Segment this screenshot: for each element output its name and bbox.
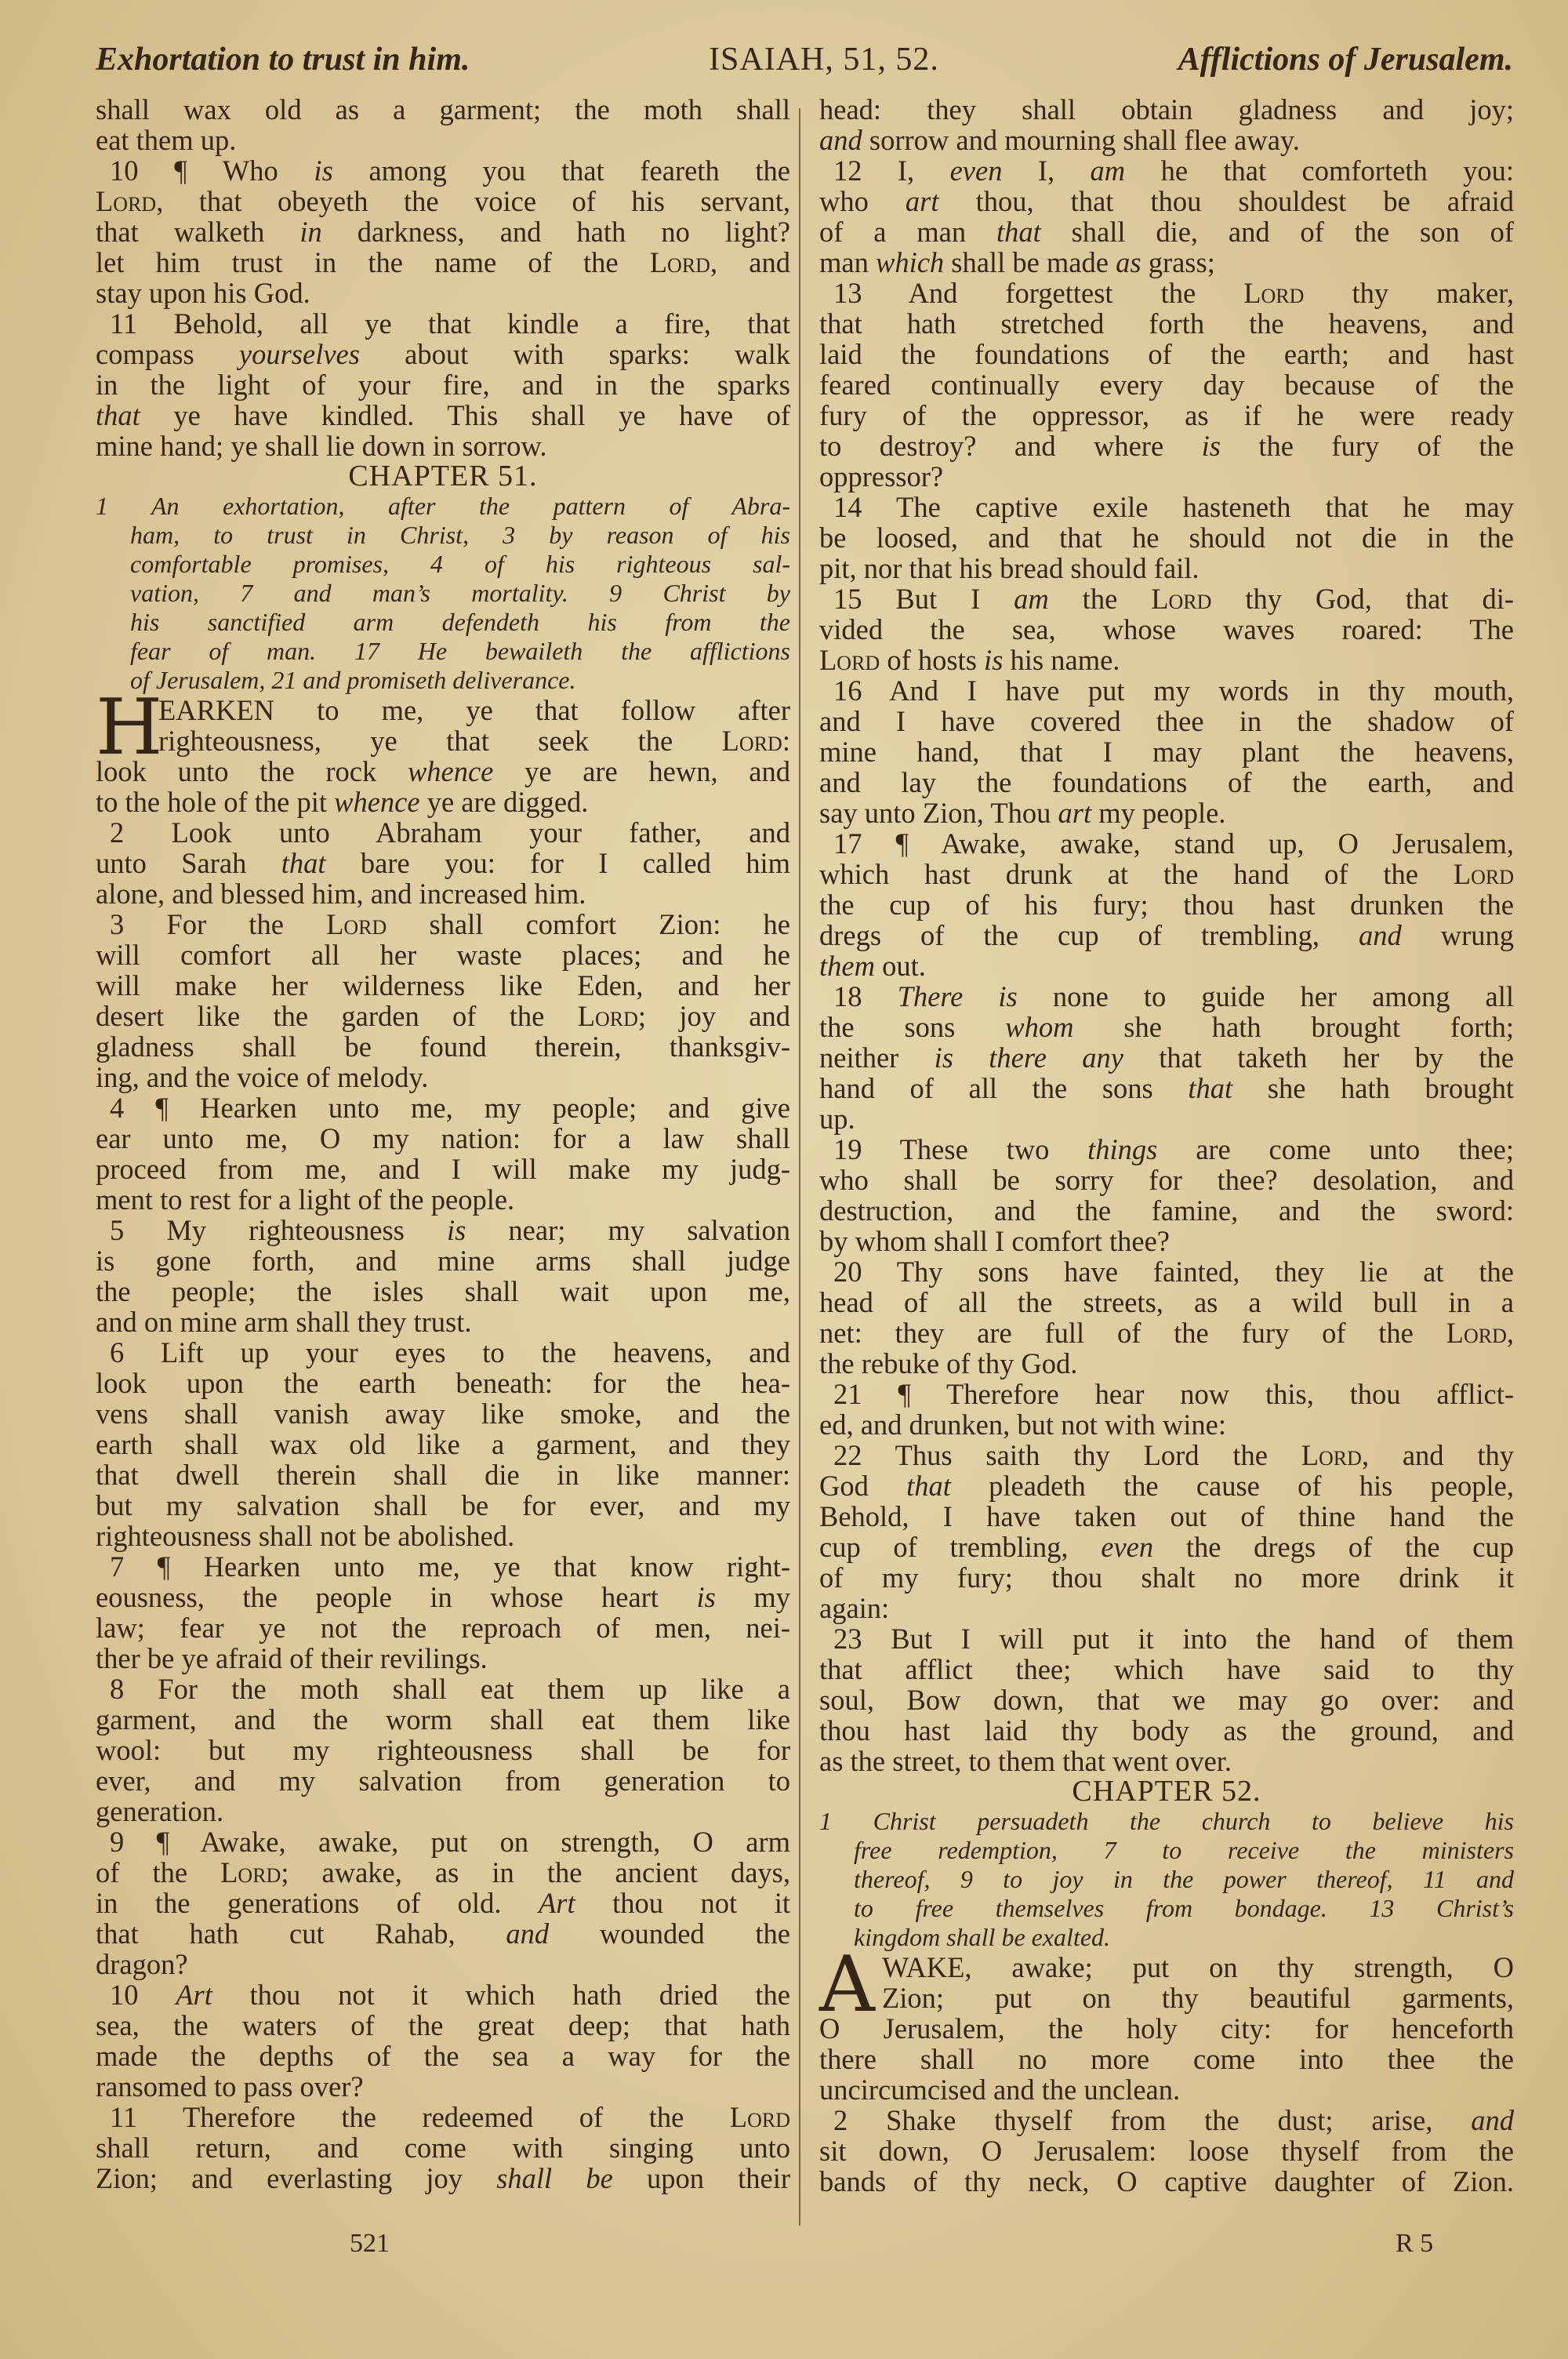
text-line: Lord of hosts is his name. <box>819 645 1514 675</box>
text-run: Christ persuadeth the church to believe … <box>873 1807 1514 1835</box>
italic-text: that <box>281 847 326 879</box>
text-run: shall wax old as a garment; the moth sha… <box>96 93 790 125</box>
verse-start-line: 19 These two things are come unto thee; <box>819 1134 1514 1165</box>
text-line: Behold, I have taken out of thine hand t… <box>819 1501 1514 1532</box>
text-run: 22 Thus saith thy Lord the <box>833 1439 1301 1471</box>
text-run: 10 <box>110 1979 176 2011</box>
text-line: proceed from me, and I will make my judg… <box>96 1154 790 1184</box>
verse-start-line: 16 And I have put my words in thy mouth, <box>819 675 1514 706</box>
text-run: 6 Lift up your eyes to the heavens, and <box>110 1336 790 1369</box>
text-run: of a man <box>819 216 996 248</box>
text-run: and I have covered thee in the shadow of <box>819 705 1514 737</box>
text-run: I, <box>1002 154 1090 187</box>
verse-start-line: 23 But I will put it into the hand of th… <box>819 1623 1514 1654</box>
text-line: look upon the earth beneath: for the hea… <box>96 1368 790 1398</box>
text-run: the people; the isles shall wait upon me… <box>96 1275 790 1307</box>
text-run: made the depths of the sea a way for the <box>96 2040 790 2072</box>
text-run: pit, nor that his bread should fail. <box>819 552 1200 584</box>
small-caps-text: Lord <box>1446 1317 1507 1349</box>
text-line: is gone forth, and mine arms shall judge <box>96 1245 790 1276</box>
text-line: as the street, to them that went over. <box>819 1746 1514 1776</box>
text-line: Lord, that obeyeth the voice of his serv… <box>96 186 790 216</box>
text-line: ransomed to pass over? <box>96 2071 790 2102</box>
text-line: that dwell therein shall die in like man… <box>96 1459 790 1490</box>
text-line: shall return, and come with singing unto <box>96 2132 790 2163</box>
text-line: law; fear ye not the reproach of men, ne… <box>96 1612 790 1643</box>
text-line: will comfort all her waste places; and h… <box>96 940 790 970</box>
text-run: Behold, I have taken out of thine hand t… <box>819 1500 1514 1532</box>
running-head-left: Exhortation to trust in him. <box>96 41 470 78</box>
chapter-summary-line: fear of man. 17 He bewaileth the afflict… <box>96 637 790 666</box>
text-run: 1 <box>96 492 151 520</box>
italic-text: and <box>506 1917 549 1950</box>
left-column: shall wax old as a garment; the moth sha… <box>96 94 790 2194</box>
italic-text: that <box>906 1470 951 1502</box>
text-run: let him trust in the name of the <box>96 246 650 278</box>
text-run: EARKEN to me, ye that follow after <box>158 694 790 726</box>
text-run: look upon the earth beneath: for the hea… <box>96 1367 790 1399</box>
verse-start-line: 14 The captive exile hasteneth that he m… <box>819 492 1514 522</box>
text-line: righteousness, ye that seek the Lord: <box>96 725 790 756</box>
text-run: sea, the waters of the great deep; that … <box>96 2009 790 2041</box>
text-line: the sons whom she hath brought forth; <box>819 1012 1514 1042</box>
italic-text: shall be <box>496 2162 613 2194</box>
italic-text: is <box>447 1214 466 1246</box>
text-run: hand of all the sons <box>819 1072 1188 1104</box>
text-run: ment to rest for a light of the people. <box>96 1183 514 1216</box>
text-line: say unto Zion, Thou art my people. <box>819 798 1514 828</box>
text-run: free redemption, 7 to receive the minist… <box>854 1836 1514 1864</box>
drop-cap-paragraph: HEARKEN to me, ye that follow afterright… <box>96 695 790 756</box>
italic-text: that <box>96 399 140 431</box>
text-run: by whom shall I comfort thee? <box>819 1225 1170 1257</box>
text-run: O Jerusalem, the holy city: for hencefor… <box>819 2012 1514 2045</box>
text-run: 14 The captive exile hasteneth that he m… <box>833 491 1514 523</box>
text-run: thou not it which hath dried the <box>212 1979 790 2011</box>
text-run: are come unto thee; <box>1157 1133 1514 1165</box>
text-run: Zion; and everlasting joy <box>96 2162 496 2194</box>
verse-start-line: 7 ¶ Hearken unto me, ye that know right- <box>96 1551 790 1582</box>
text-line: righteousness shall not be abolished. <box>96 1521 790 1551</box>
italic-text: whence <box>408 755 493 787</box>
text-line: ever, and my salvation from generation t… <box>96 1765 790 1796</box>
italic-text: which <box>876 246 944 278</box>
text-line: feared continually every day because of … <box>819 369 1514 400</box>
text-line: pit, nor that his bread should fail. <box>819 553 1514 583</box>
text-run: WAKE, awake; put on thy strength, O <box>882 1951 1514 1983</box>
chapter-summary-line: vation, 7 and man’s mortality. 9 Christ … <box>96 579 790 608</box>
text-line: soul, Bow down, that we may go over: and <box>819 1685 1514 1715</box>
verse-start-line: 11 Therefore the redeemed of the Lord <box>96 2102 790 2132</box>
text-line: head: they shall obtain gladness and joy… <box>819 94 1514 125</box>
text-run: : <box>782 725 790 757</box>
text-run: 12 I, <box>833 154 950 187</box>
text-run: shall comfort Zion: he <box>387 908 790 940</box>
text-line: ing, and the voice of melody. <box>96 1062 790 1092</box>
text-line: Zion; and everlasting joy shall be upon … <box>96 2163 790 2194</box>
verse-start-line: 6 Lift up your eyes to the heavens, and <box>96 1337 790 1368</box>
text-line: sea, the waters of the great deep; that … <box>96 2010 790 2041</box>
text-run: earth shall wax old like a garment, and … <box>96 1428 790 1460</box>
text-run: 9 ¶ Awake, awake, put on strength, O arm <box>110 1826 790 1858</box>
text-run: the sons <box>819 1011 1005 1043</box>
text-line: thou hast laid thy body as the ground, a… <box>819 1715 1514 1746</box>
text-run: proceed from me, and I will make my judg… <box>96 1153 790 1185</box>
drop-cap-paragraph: AWAKE, awake; put on thy strength, OZion… <box>819 1952 1514 2013</box>
text-run: of Jerusalem, 21 and promiseth deliveran… <box>130 666 575 694</box>
text-run: destruction, and the famine, and the swo… <box>819 1194 1514 1227</box>
text-line: ed, and drunken, but not with wine: <box>819 1409 1514 1440</box>
text-run: , that obeyeth the voice of his servant, <box>156 185 790 217</box>
text-run: wool: but my righteousness shall be for <box>96 1734 790 1766</box>
text-run: fear of man. 17 He bewaileth the afflict… <box>130 637 790 665</box>
text-line: of a man that shall die, and of the son … <box>819 216 1514 247</box>
text-run: dregs of the cup of trembling, <box>819 919 1359 951</box>
text-run: ; joy and <box>638 1000 790 1032</box>
verse-start-line: 12 I, even I, am he that comforteth you: <box>819 155 1514 186</box>
italic-text: is <box>1202 430 1221 462</box>
text-line: O Jerusalem, the holy city: for hencefor… <box>819 2013 1514 2044</box>
text-run: 17 ¶ Awake, awake, stand up, O Jerusalem… <box>833 827 1514 860</box>
text-run: will comfort all her waste places; and h… <box>96 939 790 971</box>
chapter-summary-line: free redemption, 7 to receive the minist… <box>819 1836 1514 1865</box>
text-run: sit down, O Jerusalem: loose thyself fro… <box>819 2135 1514 2167</box>
text-run: but my salvation shall be for ever, and … <box>96 1489 790 1521</box>
text-line: that walketh in darkness, and hath no li… <box>96 216 790 247</box>
text-line: uncircumcised and the unclean. <box>819 2074 1514 2105</box>
text-run: of my fury; thou shalt no more drink it <box>819 1561 1514 1594</box>
chapter-summary-line: 1 Christ persuadeth the church to believ… <box>819 1807 1514 1836</box>
text-run: again: <box>819 1592 889 1624</box>
text-line: and sorrow and mourning shall flee away. <box>819 125 1514 155</box>
verse-start-line: 20 Thy sons have fainted, they lie at th… <box>819 1256 1514 1287</box>
text-line: again: <box>819 1593 1514 1623</box>
text-run: 11 Therefore the redeemed of the <box>110 2101 730 2133</box>
text-run: uncircumcised and the unclean. <box>819 2074 1180 2106</box>
italic-text: as <box>1116 246 1141 278</box>
text-line: ther be ye afraid of their revilings. <box>96 1643 790 1674</box>
italic-text: There is <box>898 980 1018 1012</box>
text-line: ment to rest for a light of the people. <box>96 1184 790 1215</box>
text-run: neither <box>819 1041 935 1074</box>
text-run: 23 But I will put it into the hand of th… <box>833 1623 1514 1655</box>
text-line: compass yourselves about with sparks: wa… <box>96 339 790 369</box>
text-line: that hath stretched forth the heavens, a… <box>819 308 1514 339</box>
italic-text: whom <box>1005 1011 1073 1043</box>
text-run: none to guide her among all <box>1018 980 1514 1012</box>
text-run: 8 For the moth shall eat them up like a <box>110 1673 790 1705</box>
text-run: alone, and blessed him, and increased hi… <box>96 878 586 910</box>
text-run: net: they are full of the fury of the <box>819 1317 1446 1349</box>
chapter-summary-line: of Jerusalem, 21 and promiseth deliveran… <box>96 666 790 695</box>
text-line: sit down, O Jerusalem: loose thyself fro… <box>819 2135 1514 2166</box>
text-line: the people; the isles shall wait upon me… <box>96 1276 790 1307</box>
text-run: eat them up. <box>96 124 236 156</box>
text-line: EARKEN to me, ye that follow after <box>96 695 790 725</box>
italic-text: yourselves <box>239 338 360 370</box>
text-run: 19 These two <box>833 1133 1087 1165</box>
text-run: desert like the garden of the <box>96 1000 578 1032</box>
text-run: the <box>1049 583 1151 615</box>
italic-text: Art <box>539 1887 575 1919</box>
text-run: my <box>716 1581 790 1613</box>
text-run: bare you: for I called him <box>326 847 790 879</box>
text-run: fury of the oppressor, as if he were rea… <box>819 399 1514 431</box>
text-line: God that pleadeth the cause of his peopl… <box>819 1470 1514 1501</box>
italic-text: am <box>1014 583 1049 615</box>
text-line: unto Sarah that bare you: for I called h… <box>96 848 790 878</box>
text-line: mine hand, that I may plant the heavens, <box>819 736 1514 767</box>
verse-start-line: 9 ¶ Awake, awake, put on strength, O arm <box>96 1826 790 1857</box>
text-line: by whom shall I comfort thee? <box>819 1226 1514 1256</box>
verse-start-line: 22 Thus saith thy Lord the Lord, and thy <box>819 1440 1514 1470</box>
small-caps-text: Lord <box>326 908 387 940</box>
italic-text: art <box>906 185 939 217</box>
text-run: that afflict thee; which have said to th… <box>819 1653 1514 1685</box>
small-caps-text: Lord <box>1151 583 1211 615</box>
text-run: that taketh her by the <box>1123 1041 1514 1074</box>
small-caps-text: Lord <box>650 246 710 278</box>
text-line: and lay the foundations of the earth, an… <box>819 767 1514 798</box>
text-line: but my salvation shall be for ever, and … <box>96 1490 790 1521</box>
verse-start-line: 10 Art thou not it which hath dried the <box>96 1979 790 2010</box>
italic-text: in <box>299 216 321 248</box>
text-run: eousness, the people in whose heart <box>96 1581 696 1613</box>
text-run: about with sparks: walk <box>360 338 790 370</box>
text-run: , <box>1507 1317 1514 1349</box>
text-run: comfortable promises, 4 of his righteous… <box>130 550 790 578</box>
text-run: there shall no more come into thee the <box>819 2043 1514 2075</box>
text-run: law; fear ye not the reproach of men, ne… <box>96 1612 790 1644</box>
running-head: Exhortation to trust in him. ISAIAH, 51,… <box>96 41 1513 88</box>
italic-text: and <box>1471 2104 1514 2136</box>
text-run: darkness, and hath no light? <box>322 216 790 248</box>
drop-cap-letter: H <box>96 696 162 759</box>
text-run: the fury of the <box>1221 430 1514 462</box>
text-line: laid the foundations of the earth; and h… <box>819 339 1514 369</box>
chapter-summary-line: kingdom shall be exalted. <box>819 1923 1514 1952</box>
text-run: righteousness, ye that seek the <box>158 725 722 757</box>
small-caps-text: Lord <box>730 2101 790 2133</box>
text-run: the cup of his fury; thou hast drunken t… <box>819 889 1514 921</box>
text-run: head: they shall obtain gladness and joy… <box>819 93 1514 125</box>
text-run: 13 And forgettest the <box>833 277 1243 309</box>
italic-text: and <box>1359 919 1402 951</box>
verse-start-line: 10 ¶ Who is among you that feareth the <box>96 155 790 186</box>
text-line: desert like the garden of the Lord; joy … <box>96 1001 790 1031</box>
text-run: he that comforteth you: <box>1125 154 1514 187</box>
text-run: shall die, and of the son of <box>1041 216 1514 248</box>
text-line: ear unto me, O my nation: for a law shal… <box>96 1123 790 1154</box>
text-run: wounded the <box>549 1917 790 1950</box>
verse-start-line: 11 Behold, all ye that kindle a fire, th… <box>96 308 790 339</box>
text-run: who <box>819 185 906 217</box>
text-run: is gone forth, and mine arms shall judge <box>96 1245 790 1277</box>
text-line: that afflict thee; which have said to th… <box>819 1654 1514 1685</box>
text-line: oppressor? <box>819 461 1514 492</box>
text-run: which hast drunk at the hand of the <box>819 858 1454 890</box>
text-run: ye have kindled. This shall ye have of <box>140 399 790 431</box>
text-line: man which shall be made as grass; <box>819 247 1514 278</box>
text-line: in the light of your fire, and in the sp… <box>96 369 790 400</box>
chapter-summary-line: thereof, 9 to joy in the power thereof, … <box>819 1865 1514 1894</box>
verse-start-line: 2 Look unto Abraham your father, and <box>96 817 790 848</box>
text-line: there shall no more come into thee the <box>819 2044 1514 2074</box>
text-run: thy God, that di- <box>1211 583 1514 615</box>
text-run: 10 ¶ Who <box>110 154 314 187</box>
text-run: ing, and the voice of melody. <box>96 1061 428 1093</box>
text-run: wrung <box>1402 919 1514 951</box>
text-run: pleadeth the cause of his people, <box>951 1470 1514 1502</box>
text-run: that hath cut Rahab, <box>96 1917 506 1950</box>
verse-start-line: 17 ¶ Awake, awake, stand up, O Jerusalem… <box>819 828 1514 859</box>
text-line: alone, and blessed him, and increased hi… <box>96 878 790 909</box>
text-run: as the street, to them that went over. <box>819 1745 1232 1777</box>
text-run: his sanctified arm defendeth his from th… <box>130 608 790 636</box>
chapter-summary-line: comfortable promises, 4 of his righteous… <box>96 550 790 579</box>
text-line: be loosed, and that he should not die in… <box>819 522 1514 553</box>
verse-start-line: 8 For the moth shall eat them up like a <box>96 1674 790 1704</box>
chapter-heading: CHAPTER 51. <box>96 461 790 492</box>
text-line: vided the sea, whose waves roared: The <box>819 614 1514 645</box>
text-run: shall return, and come with singing unto <box>96 2132 790 2164</box>
text-run: 1 <box>819 1807 873 1835</box>
text-run: 11 Behold, all ye that kindle a fire, th… <box>110 307 790 340</box>
text-run: laid the foundations of the earth; and h… <box>819 338 1514 370</box>
text-run: 2 Look unto Abraham your father, and <box>110 816 790 849</box>
text-line: up. <box>819 1103 1514 1134</box>
text-run: ransomed to pass over? <box>96 2070 364 2103</box>
text-run: that dwell therein shall die in like man… <box>96 1459 790 1491</box>
text-line: the rebuke of thy God. <box>819 1348 1514 1379</box>
text-run: kingdom shall be exalted. <box>854 1923 1110 1951</box>
text-run: 3 For the <box>110 908 326 940</box>
small-caps-text: Lord <box>722 725 782 757</box>
page-number: 521 <box>350 2229 390 2259</box>
text-line: dregs of the cup of trembling, and wrung <box>819 920 1514 951</box>
text-run: Zion; put on thy beautiful garments, <box>882 1982 1514 2014</box>
text-run: soul, Bow down, that we may go over: and <box>819 1684 1514 1716</box>
text-run: garment, and the worm shall eat them lik… <box>96 1703 790 1736</box>
text-line: look unto the rock whence ye are hewn, a… <box>96 756 790 787</box>
text-run: God <box>819 1470 906 1502</box>
italic-text: even <box>950 154 1003 187</box>
text-run: unto Sarah <box>96 847 281 879</box>
chapter-heading: CHAPTER 52. <box>819 1776 1514 1807</box>
text-run: his name. <box>1003 644 1120 676</box>
text-line: garment, and the worm shall eat them lik… <box>96 1704 790 1735</box>
text-run: ever, and my salvation from generation t… <box>96 1765 790 1797</box>
italic-text: that <box>996 216 1041 248</box>
verse-start-line: 15 But I am the Lord thy God, that di- <box>819 583 1514 614</box>
bible-page: Exhortation to trust in him. ISAIAH, 51,… <box>0 0 1568 2359</box>
text-run: man <box>819 246 876 278</box>
text-run: 5 My righteousness <box>110 1214 447 1246</box>
text-run: 20 Thy sons have fainted, they lie at th… <box>833 1256 1514 1288</box>
text-run: she hath brought forth; <box>1073 1011 1514 1043</box>
text-run: vation, 7 and man’s mortality. 9 Christ … <box>130 579 790 607</box>
italic-text: is <box>696 1581 715 1613</box>
small-caps-text: Lord <box>1301 1439 1362 1471</box>
text-run: ye are hewn, and <box>493 755 790 787</box>
small-caps-text: Lord <box>578 1000 638 1032</box>
verse-start-line: 18 There is none to guide her among all <box>819 981 1514 1012</box>
text-line: generation. <box>96 1796 790 1826</box>
text-run: 16 And I have put my words in thy mouth, <box>833 674 1514 707</box>
text-run: shall be made <box>944 246 1116 278</box>
text-run: grass; <box>1142 246 1215 278</box>
text-line: eat them up. <box>96 125 790 155</box>
text-run: my people. <box>1091 797 1225 829</box>
verse-start-line: 5 My righteousness is near; my salvation <box>96 1215 790 1245</box>
text-line: net: they are full of the fury of the Lo… <box>819 1318 1514 1348</box>
text-line: shall wax old as a garment; the moth sha… <box>96 94 790 125</box>
text-line: made the depths of the sea a way for the <box>96 2041 790 2071</box>
italic-text: art <box>1058 797 1092 829</box>
text-run: thy maker, <box>1304 277 1514 309</box>
running-head-book-chapters: ISAIAH, 51, 52. <box>709 41 939 78</box>
text-run: the dregs of the cup <box>1153 1531 1514 1563</box>
italic-text: and <box>819 124 862 156</box>
text-run: 15 But I <box>833 583 1014 615</box>
text-run: , and thy <box>1362 1439 1514 1471</box>
text-run: thereof, 9 to joy in the power thereof, … <box>854 1865 1514 1893</box>
text-line: WAKE, awake; put on thy strength, O <box>819 1952 1514 1983</box>
text-line: destruction, and the famine, and the swo… <box>819 1195 1514 1226</box>
chapter-summary-line: to free themselves from bondage. 13 Chri… <box>819 1894 1514 1923</box>
text-run: that hath stretched forth the heavens, a… <box>819 307 1514 340</box>
text-line: and on mine arm shall they trust. <box>96 1307 790 1337</box>
text-run: generation. <box>96 1795 223 1827</box>
signature-mark: R 5 <box>1396 2229 1433 2259</box>
text-run: say unto Zion, Thou <box>819 797 1058 829</box>
text-run: ye are digged. <box>420 786 589 818</box>
text-line: wool: but my righteousness shall be for <box>96 1735 790 1765</box>
text-run: bands of thy neck, O captive daughter of… <box>819 2165 1514 2197</box>
small-caps-text: Lord <box>819 644 880 676</box>
text-line: that ye have kindled. This shall ye have… <box>96 400 790 431</box>
text-line: head of all the streets, as a wild bull … <box>819 1287 1514 1318</box>
text-run: out. <box>875 950 926 982</box>
italic-text: is <box>984 644 1003 676</box>
text-run: and on mine arm shall they trust. <box>96 1306 471 1338</box>
text-line: earth shall wax old like a garment, and … <box>96 1429 790 1459</box>
small-caps-text: Lord <box>1243 277 1304 309</box>
italic-text: things <box>1087 1133 1157 1165</box>
text-run: and lay the foundations of the earth, an… <box>819 766 1514 798</box>
text-line: of the Lord; awake, as in the ancient da… <box>96 1857 790 1888</box>
text-run: gladness shall be found therein, thanksg… <box>96 1030 790 1063</box>
text-run: to the hole of the pit <box>96 786 334 818</box>
text-run: thou not it <box>575 1887 790 1919</box>
verse-start-line: 21 ¶ Therefore hear now this, thou affli… <box>819 1379 1514 1409</box>
text-line: who art thou, that thou shouldest be afr… <box>819 186 1514 216</box>
small-caps-text: Lord <box>96 185 156 217</box>
verse-start-line: 13 And forgettest the Lord thy maker, <box>819 278 1514 308</box>
italic-text: is there any <box>935 1041 1123 1074</box>
italic-text: am <box>1091 154 1126 187</box>
column-divider <box>799 108 800 2226</box>
text-run: who shall be sorry for thee? desolation,… <box>819 1164 1514 1196</box>
text-line: of my fury; thou shalt no more drink it <box>819 1562 1514 1593</box>
text-line: in the generations of old. Art thou not … <box>96 1888 790 1918</box>
chapter-summary-line: 1 An exhortation, after the pattern of A… <box>96 492 790 521</box>
text-run: 21 ¶ Therefore hear now this, thou affli… <box>833 1378 1514 1410</box>
text-run: compass <box>96 338 239 370</box>
italic-text: is <box>314 154 332 187</box>
text-run: mine hand, that I may plant the heavens, <box>819 736 1514 768</box>
text-line: that hath cut Rahab, and wounded the <box>96 1918 790 1949</box>
